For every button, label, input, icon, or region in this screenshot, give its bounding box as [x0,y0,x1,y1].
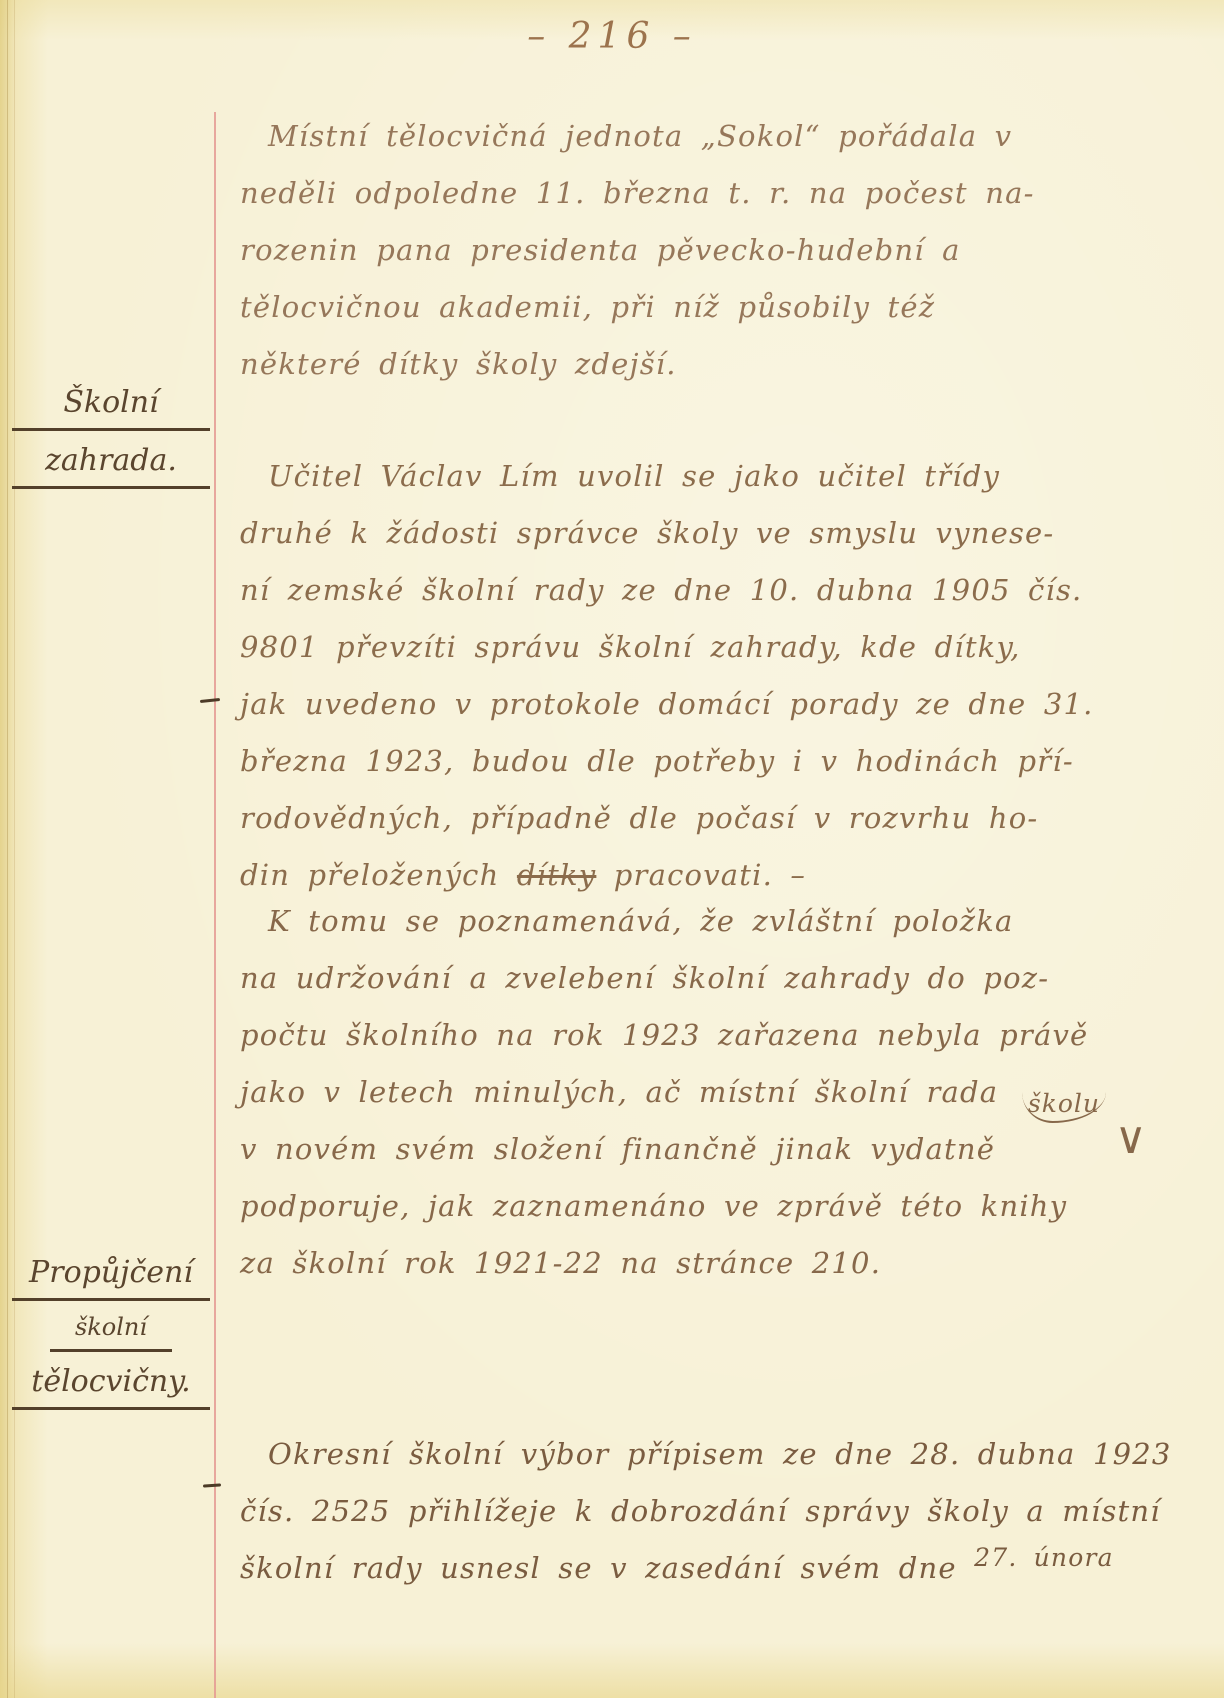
margin-note-line: školní [50,1314,173,1352]
text-line: na udržování a zvelebení školní zahrady … [240,950,1132,1007]
superscript-date: 27. února [974,1543,1114,1572]
margin-note-line: zahrada. [12,444,210,489]
struck-word: dítky [517,858,596,892]
text-line: neděli odpoledne 11. března t. r. na poč… [240,165,1132,222]
text-line: Místní tělocvičná jednota „Sokol“ pořáda… [240,108,1132,165]
text-segment: v novém svém složení finančně jinak vyda… [240,1132,995,1166]
ink-mark [200,698,220,703]
insertion-caret-mark: ∨ [1115,1117,1148,1161]
margin-rule-line [214,112,216,1698]
text-line: za školní rok 1921-22 na stránce 210. [240,1235,1132,1292]
text-line-with-insertion: v novém svém složení finančně jinak vyda… [240,1121,1132,1178]
text-line: jako v letech minulých, ač místní školní… [240,1064,1132,1121]
paragraph-rozpocet-poznamka: K tomu se poznamenává, že zvláštní polož… [240,893,1132,1292]
paragraph-sokol-akademie: Místní tělocvičná jednota „Sokol“ pořáda… [240,108,1132,393]
text-line: počtu školního na rok 1923 zařazena neby… [240,1007,1132,1064]
text-segment: din přeložených [240,858,517,892]
text-line: ní zemské školní rady ze dne 10. dubna 1… [240,562,1132,619]
ink-mark [203,1483,221,1487]
text-line: jak uvedeno v protokole domácí porady ze… [240,676,1132,733]
page-edge-crease [14,0,15,1698]
text-line: některé dítky školy zdejší. [240,336,1132,393]
text-line: 9801 převzíti správu školní zahrady, kde… [240,619,1132,676]
text-line: podporuje, jak zaznamenáno ve zprávě tét… [240,1178,1132,1235]
page-number: – 216 – [0,16,1224,57]
text-line: tělocvičnou akademii, při níž působily t… [240,279,1132,336]
text-line-with-superscript: školní rady usnesl se v zasedání svém dn… [240,1540,1132,1597]
page-edge-crease [7,0,8,1698]
text-segment: pracovati. – [596,858,806,892]
paragraph-skolni-zahrada: Učitel Václav Lím uvolil se jako učitel … [240,448,1132,904]
text-line: března 1923, budou dle potřeby i v hodin… [240,733,1132,790]
text-line: rozenin pana presidenta pěvecko-hudební … [240,222,1132,279]
margin-note-line: tělocvičny. [12,1365,210,1410]
text-line: K tomu se poznamenává, že zvláštní polož… [240,893,1132,950]
text-line: Učitel Václav Lím uvolil se jako učitel … [240,448,1132,505]
margin-note-line: Propůjčení [12,1256,210,1301]
text-line: čís. 2525 přihlížeje k dobrozdání správy… [240,1483,1132,1540]
margin-note-skolni-zahrada: Školní zahrada. [12,386,210,502]
text-line: rodovědných, případně dle počasí v rozvr… [240,790,1132,847]
text-line: Okresní školní výbor přípisem ze dne 28.… [240,1426,1132,1483]
margin-note-line: Školní [12,386,210,431]
inserted-word-above-line: školu [1022,1089,1106,1123]
paragraph-okresni-skolni-vybor: Okresní školní výbor přípisem ze dne 28.… [240,1426,1132,1597]
text-segment: školní rady usnesl se v zasedání svém dn… [240,1551,974,1585]
text-line: druhé k žádosti správce školy ve smyslu … [240,505,1132,562]
margin-note-propujceni-telocvicny: Propůjčení školní tělocvičny. [12,1256,210,1423]
